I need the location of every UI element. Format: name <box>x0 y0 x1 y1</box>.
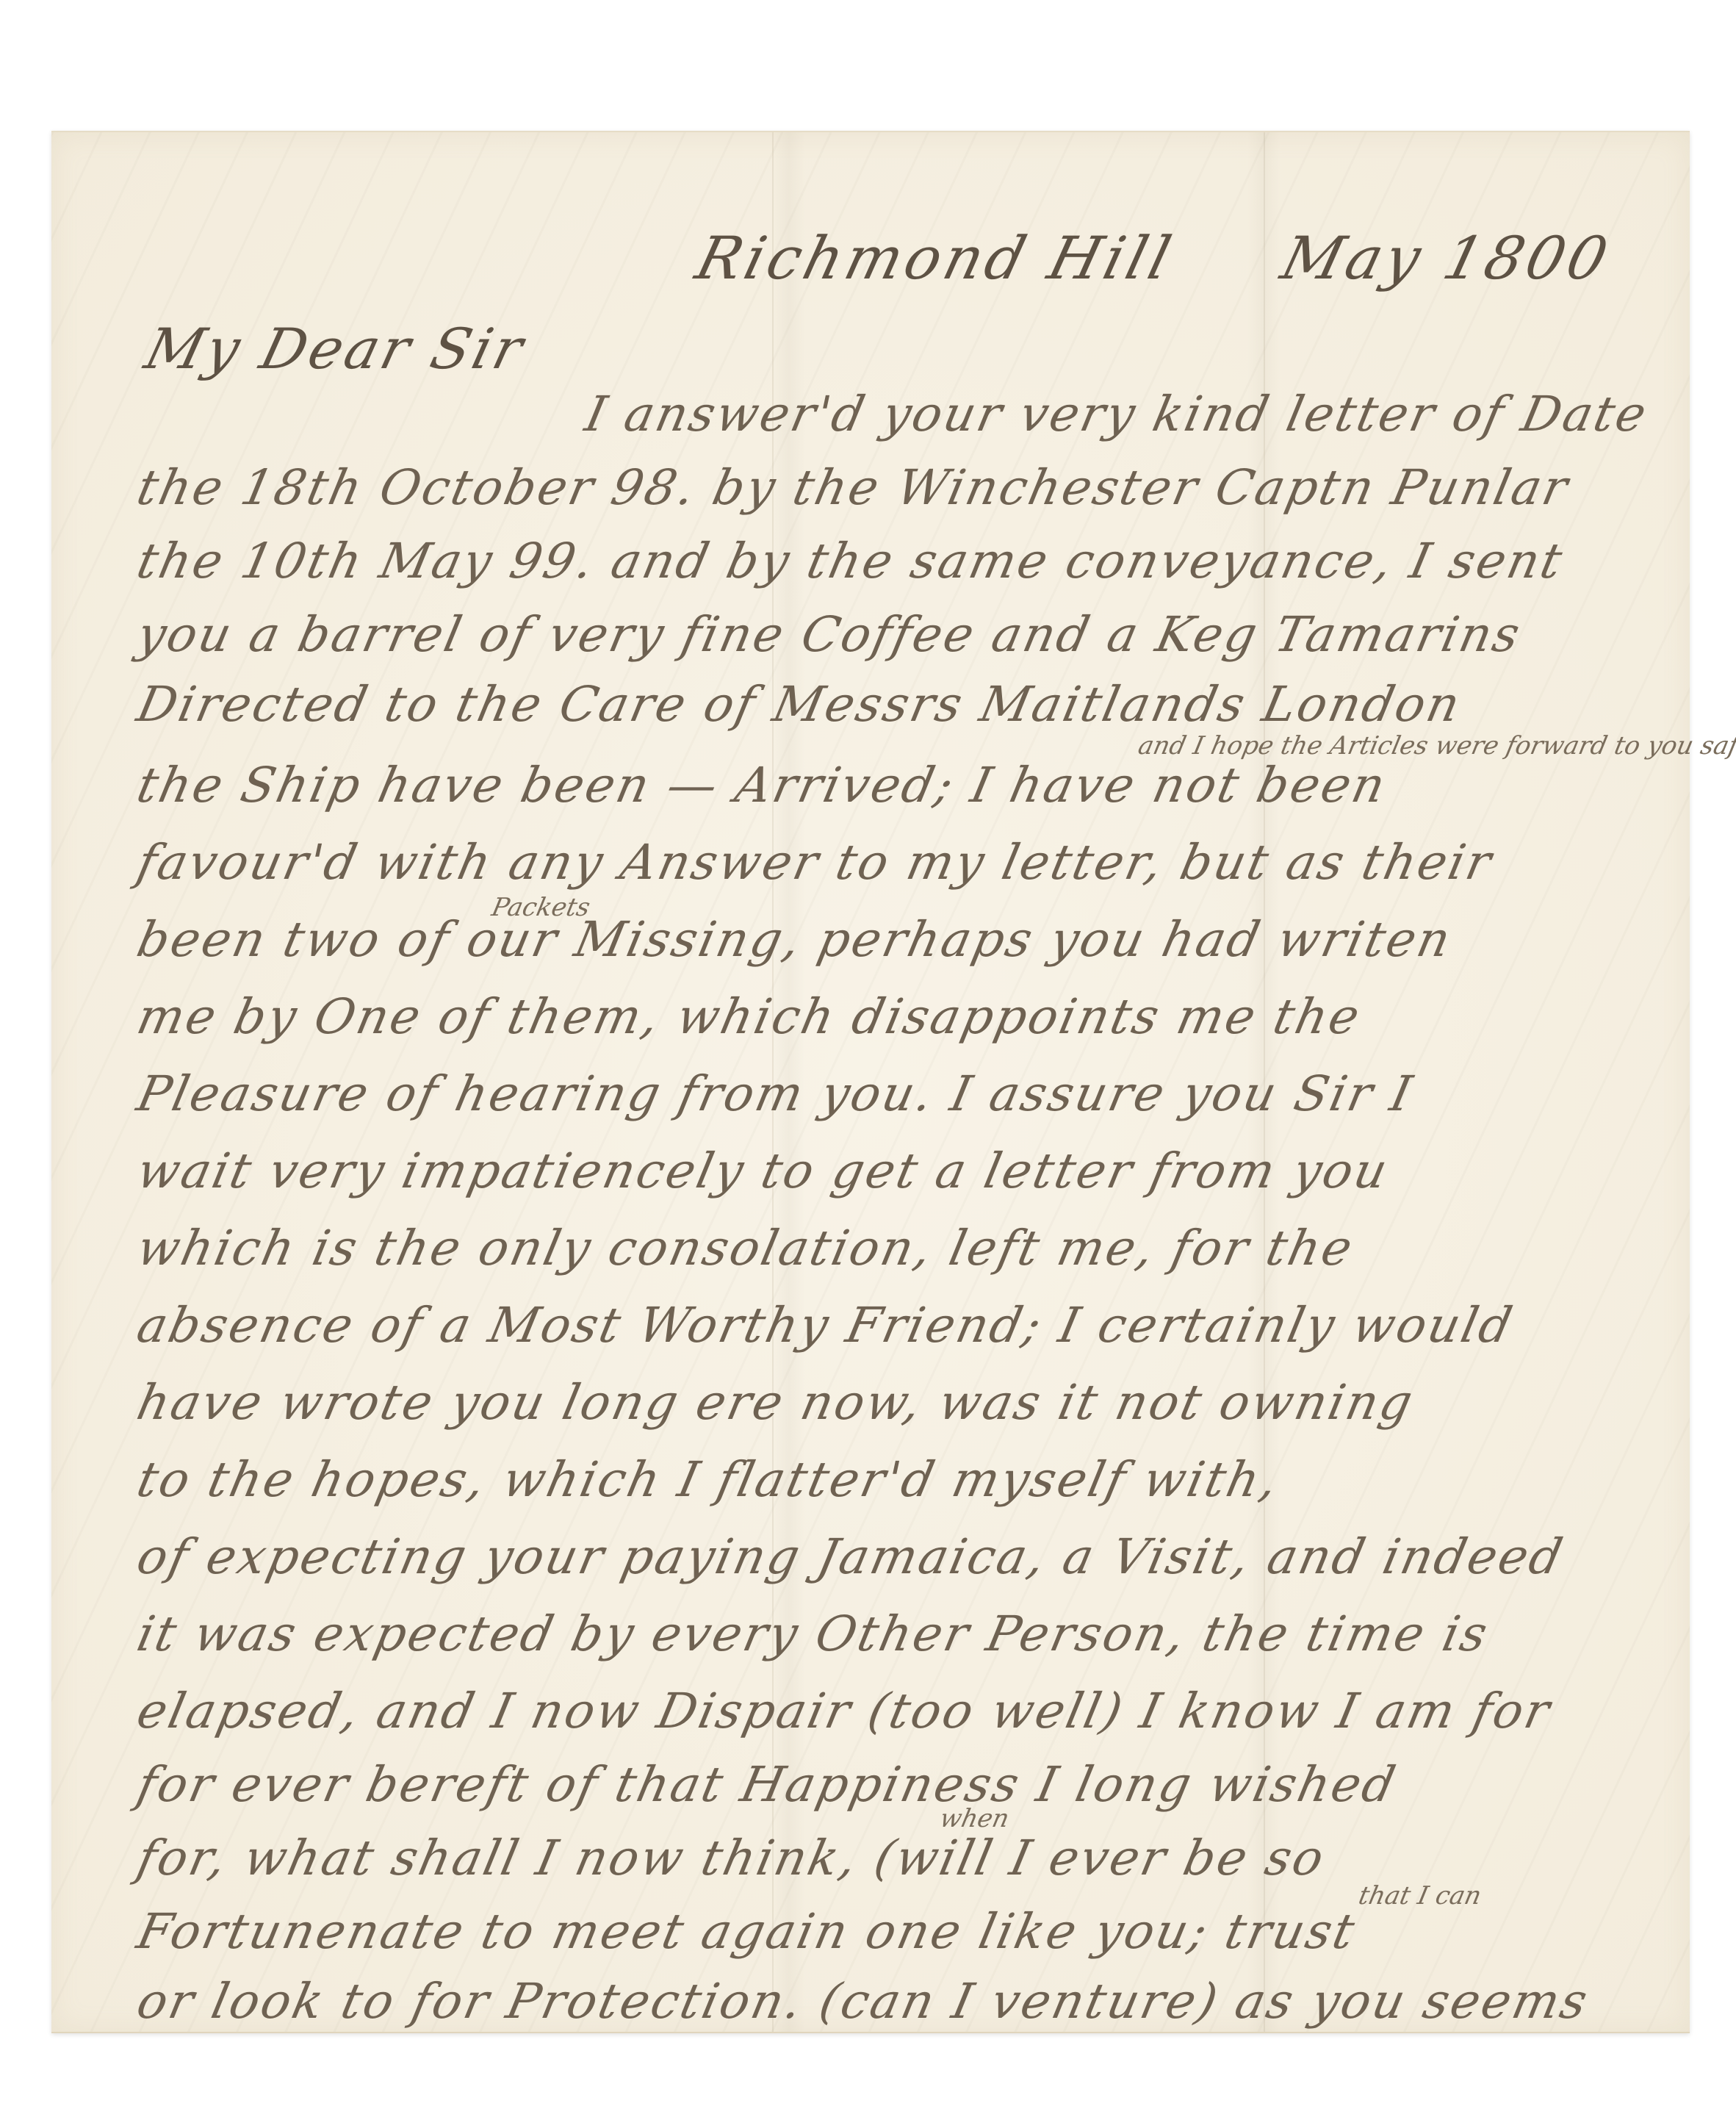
body-line: or look to for Protection. (can I ventur… <box>132 1973 1724 2030</box>
body-line: the 10th May 99. and by the same conveya… <box>132 533 1724 589</box>
body-line: it was expected by every Other Person, t… <box>132 1606 1724 1662</box>
interlinear-insertion: and I hope the Articles were forward to … <box>1136 731 1736 761</box>
body-line: me by One of them, which disappoints me … <box>132 988 1724 1045</box>
letter-paper: Richmond Hill May 1800 My Dear Sir I ans… <box>51 131 1690 2033</box>
body-line: the Ship have been — Arrived; I have not… <box>132 757 1724 813</box>
body-line: you a barrel of very fine Coffee and a K… <box>132 606 1724 663</box>
body-line: the 18th October 98. by the Winchester C… <box>132 459 1724 516</box>
place: Richmond Hill <box>689 224 1181 292</box>
body-line: Pleasure of hearing from you. I assure y… <box>132 1065 1724 1122</box>
body-line: to the hopes, which I flatter'd myself w… <box>132 1451 1724 1508</box>
body-line: Directed to the Care of Messrs Maitlands… <box>132 676 1724 733</box>
body-line: I answer'd your very kind letter of Date <box>580 386 1736 442</box>
letter-heading: Richmond Hill May 1800 <box>689 224 1618 292</box>
body-line: have wrote you long ere now, was it not … <box>132 1374 1724 1431</box>
body-line: been two of our Missing, perhaps you had… <box>132 911 1724 968</box>
body-line: for, what shall I now think, (will I eve… <box>132 1830 1724 1886</box>
body-line: Fortunenate to meet again one like you; … <box>132 1903 1724 1960</box>
body-line: favour'd with any Answer to my letter, b… <box>132 834 1724 891</box>
body-line: absence of a Most Worthy Friend; I certa… <box>132 1297 1724 1354</box>
body-line: elapsed, and I now Dispair (too well) I … <box>132 1683 1724 1739</box>
body-line: of expecting your paying Jamaica, a Visi… <box>132 1528 1724 1585</box>
body-line: which is the only consolation, left me, … <box>132 1220 1724 1276</box>
body-line: for ever bereft of that Happiness I long… <box>132 1756 1724 1813</box>
salutation: My Dear Sir <box>139 316 533 381</box>
interlinear-insertion: when <box>937 1804 1012 1833</box>
body-line: wait very impatiencely to get a letter f… <box>132 1143 1724 1199</box>
date: May 1800 <box>1275 224 1618 292</box>
